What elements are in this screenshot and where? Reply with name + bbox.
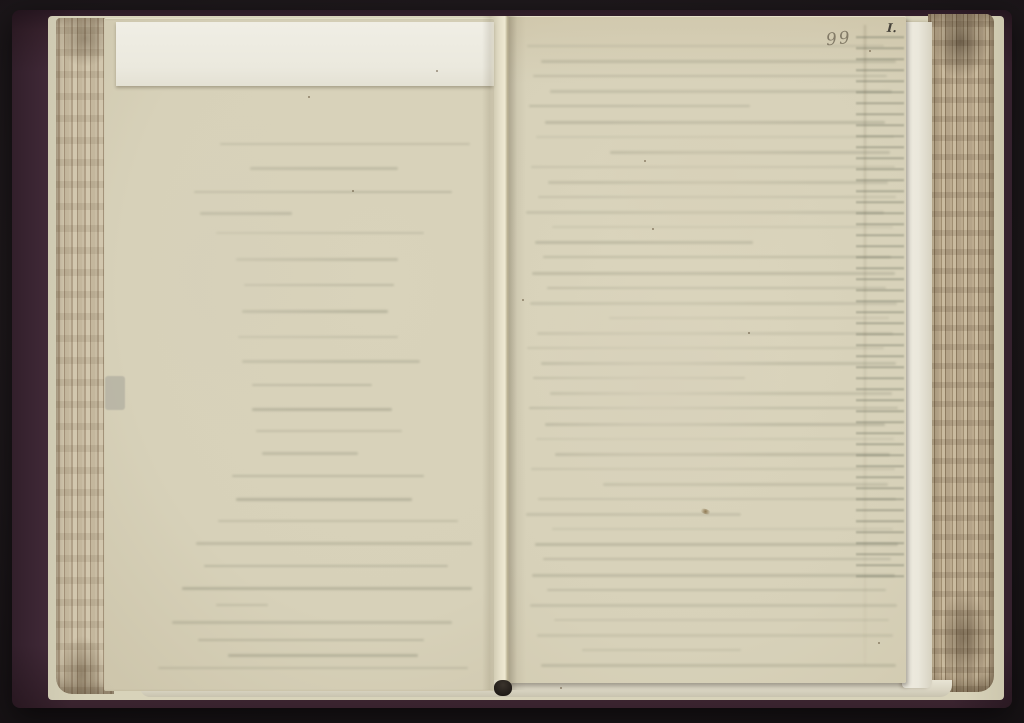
gutter [482, 16, 526, 690]
interleaf-sheet-edge [902, 22, 932, 688]
paper-speck [352, 190, 354, 192]
paper-speck [878, 642, 880, 644]
folio-number: 99 [825, 28, 853, 51]
paper-speck [644, 160, 646, 162]
page-block-edge-right [928, 14, 994, 692]
quire-mark: I. [887, 21, 898, 35]
photo-stage: 99 I. [0, 0, 1024, 723]
page-crease [864, 25, 866, 665]
right-page: 99 I. [506, 16, 906, 683]
page-fade-overlay [104, 19, 494, 691]
paper-speck [869, 50, 871, 52]
paper-speck [308, 96, 310, 98]
paper-repair-patch [105, 376, 125, 410]
paper-slip [116, 22, 494, 86]
paper-speck [436, 70, 438, 72]
paper-speck [522, 299, 524, 301]
gutter-shadow [494, 680, 512, 696]
paper-speck [652, 228, 654, 230]
paper-speck [560, 687, 562, 689]
left-page [104, 18, 494, 691]
paper-speck [748, 332, 750, 334]
page-fade-overlay [506, 17, 906, 683]
